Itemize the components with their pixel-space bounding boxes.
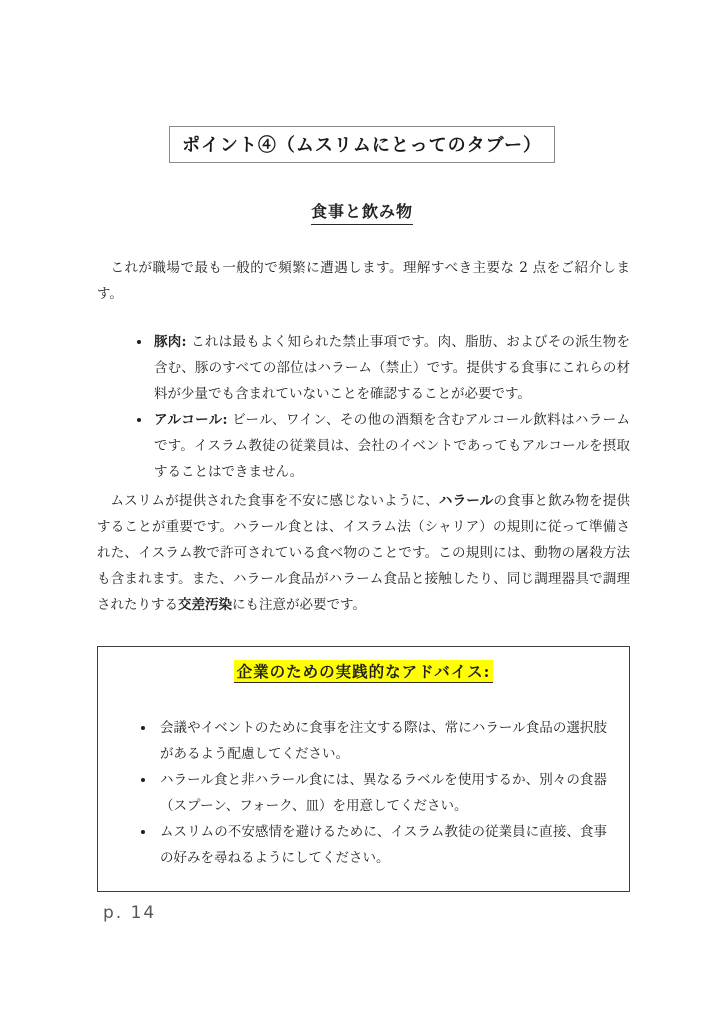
halal-paragraph-seg2: の食事と飲み物を提供することが重要です。ハラール食とは、イスラム法（シャリア）の… (97, 493, 630, 613)
cross-contamination-bold-term: 交差汚染 (178, 597, 232, 613)
list-item-pork: 豚肉: これは最もよく知られた禁止事項です。肉、脂肪、およびその派生物を含む、豚… (152, 329, 630, 407)
section-heading-text: 食事と飲み物 (311, 202, 413, 225)
page-number: p. 14 (103, 903, 156, 923)
list-item: ハラール食と非ハラール食には、異なるラベルを使用するか、別々の食器（スプーン、フ… (156, 767, 607, 819)
halal-paragraph: ムスリムが提供された食事を不安に感じないように、ハラールの食事と飲み物を提供する… (97, 488, 630, 618)
advice-list: 会議やイベントのために食事を注文する際は、常にハラール食品の選択肢があるよう配慮… (120, 715, 607, 871)
halal-paragraph-seg1: ムスリムが提供された食事を不安に感じないように、 (111, 493, 439, 509)
halal-bold-term: ハラール (439, 493, 493, 509)
intro-paragraph: これが職場で最も一般的で頻繁に遭遇します。理解すべき主要な 2 点をご紹介します… (97, 255, 630, 307)
page-title-box: ポイント④（ムスリムにとってのタブー） (169, 126, 555, 163)
advice-heading: 企業のための実践的なアドバイス: (120, 659, 607, 685)
advice-heading-highlight: 企業のための実践的なアドバイス: (234, 660, 494, 683)
taboo-list: 豚肉: これは最もよく知られた禁止事項です。肉、脂肪、およびその派生物を含む、豚… (97, 329, 630, 485)
page-title: ポイント④（ムスリムにとってのタブー） (182, 135, 542, 156)
list-item-label: アルコール: (154, 412, 228, 428)
list-item-label: 豚肉: (154, 334, 187, 350)
advice-box: 企業のための実践的なアドバイス: 会議やイベントのために食事を注文する際は、常に… (97, 646, 630, 892)
list-item-text: これは最もよく知られた禁止事項です。肉、脂肪、およびその派生物を含む、豚のすべて… (154, 334, 630, 402)
list-item-alcohol: アルコール: ビール、ワイン、その他の酒類を含むアルコール飲料はハラームです。イ… (152, 407, 630, 485)
list-item: 会議やイベントのために食事を注文する際は、常にハラール食品の選択肢があるよう配慮… (156, 715, 607, 767)
section-heading: 食事と飲み物 (0, 199, 724, 222)
list-item: ムスリムの不安感情を避けるために、イスラム教徒の従業員に直接、食事の好みを尋ねる… (156, 819, 607, 871)
document-body: これが職場で最も一般的で頻繁に遭遇します。理解すべき主要な 2 点をご紹介します… (97, 255, 630, 892)
halal-paragraph-seg3: にも注意が必要です。 (232, 597, 366, 613)
